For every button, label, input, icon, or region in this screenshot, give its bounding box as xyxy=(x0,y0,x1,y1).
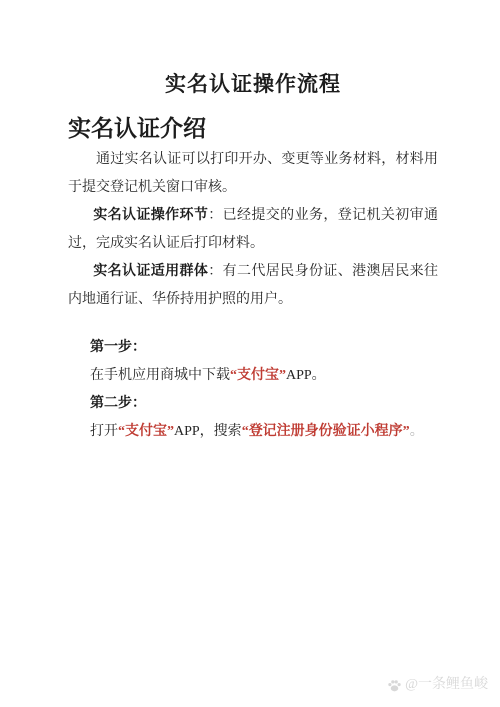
applicable-groups-lead: 实名认证适用群体 xyxy=(93,264,208,279)
step-1-segment: 在手机应用商城中下载 xyxy=(90,368,230,383)
step-2-label: 第二步： xyxy=(90,390,438,418)
steps-section: 第一步： 在手机应用商城中下载“支付宝”APP。 第二步： 打开“支付宝”APP… xyxy=(90,334,438,446)
step-2-text: 打开“支付宝”APP，搜索“登记注册身份验证小程序”。 xyxy=(90,418,438,446)
applicable-groups-paragraph: 实名认证适用群体：有二代居民身份证、港澳居民来往内地通行证、华侨持用护照的用户。 xyxy=(68,258,438,314)
operation-steps-lead: 实名认证操作环节 xyxy=(93,208,208,223)
intro-paragraph-text: 通过实名认证可以打印开办、变更等业务材料，材料用于提交登记机关窗口审核。 xyxy=(68,152,438,195)
step-2-period: 。 xyxy=(410,424,424,439)
document-page: 实名认证操作流程 实名认证介绍 通过实名认证可以打印开办、变更等业务材料，材料用… xyxy=(0,0,500,707)
section-heading: 实名认证介绍 xyxy=(68,114,438,144)
watermark: @一条鲤鱼峻 xyxy=(387,677,488,693)
watermark-text: @一条鲤鱼峻 xyxy=(405,677,488,693)
document-title: 实名认证操作流程 xyxy=(68,70,438,98)
step-1-segment: APP。 xyxy=(286,368,326,383)
paw-icon xyxy=(387,678,402,693)
document-content: 实名认证操作流程 实名认证介绍 通过实名认证可以打印开办、变更等业务材料，材料用… xyxy=(0,0,500,446)
operation-steps-paragraph: 实名认证操作环节：已经提交的业务，登记机关初审通过，完成实名认证后打印材料。 xyxy=(68,202,438,258)
intro-paragraph: 通过实名认证可以打印开办、变更等业务材料，材料用于提交登记机关窗口审核。 xyxy=(68,146,438,202)
step-1-label: 第一步： xyxy=(90,334,438,362)
alipay-app-name: “支付宝” xyxy=(118,424,174,439)
step-2-segment: 打开 xyxy=(90,424,118,439)
alipay-app-name: “支付宝” xyxy=(230,368,286,383)
step-2-segment: APP，搜索 xyxy=(174,424,242,439)
mini-program-name: “登记注册身份验证小程序” xyxy=(242,424,410,439)
step-1-text: 在手机应用商城中下载“支付宝”APP。 xyxy=(90,362,438,390)
